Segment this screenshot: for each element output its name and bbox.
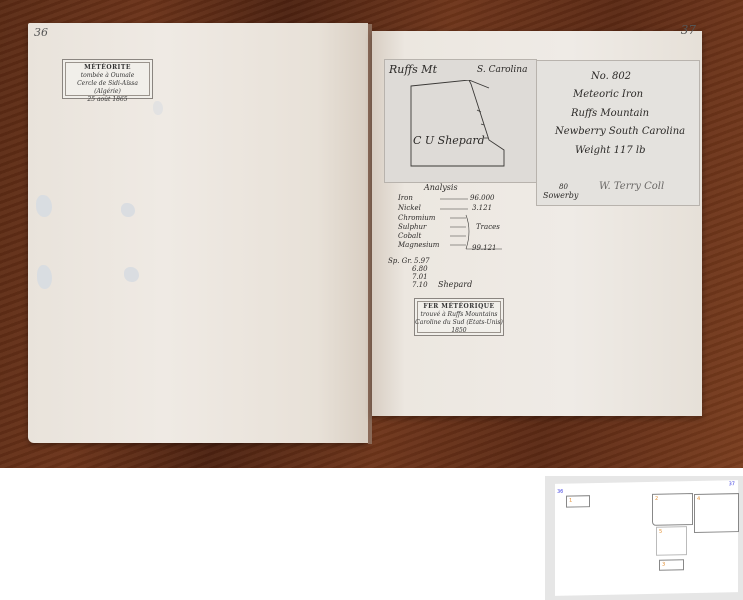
specific-gravity-value: 5.97 (414, 257, 430, 265)
specific-gravity-value: 7.10 (412, 281, 428, 289)
left-page: 36 MÉTÉORITE tombée à Oumale Cercle de S… (28, 23, 368, 443)
analysis-element: Chromium (398, 214, 435, 222)
thumbnail-left-page-number: 36 (557, 489, 563, 495)
analysis-total: 99.121 (472, 244, 497, 252)
region-label: 3 (662, 562, 665, 568)
label-title: MÉTÉORITE (63, 64, 152, 72)
label-title: FER MÉTÉORIQUE (415, 303, 503, 311)
paper-residue (36, 195, 52, 217)
catalog-type: Meteoric Iron (573, 89, 643, 100)
paper-residue (37, 265, 52, 289)
analysis-element: Sulphur (398, 223, 426, 231)
thumbnail-spread: 36 37 1 2 4 5 3 (555, 480, 738, 596)
label-line-3: 25 août 1865 (63, 96, 152, 104)
region-box-2: 2 (652, 493, 693, 526)
label-line-1: trouvé à Ruffs Mountains (415, 311, 503, 319)
label-line-2: Caroline du Sud (Etats-Unis) (415, 319, 503, 327)
sketch-state: S. Carolina (477, 65, 527, 75)
catalog-number: No. 802 (591, 71, 631, 82)
ruffs-mountain-iron-label: FER MÉTÉORIQUE trouvé à Ruffs Mountains … (414, 298, 504, 336)
analysis-element: Cobalt (398, 232, 421, 240)
sketch-locality: Ruffs Mt (389, 63, 437, 76)
specific-gravity-label: Sp. Gr. (388, 257, 412, 265)
catalog-weight: Weight 117 lb (575, 145, 645, 156)
region-label: 2 (655, 496, 658, 502)
paper-residue (124, 267, 139, 282)
region-box-3: 3 (659, 559, 684, 571)
meteorite-sketch-sheet: Ruffs Mt S. Carolina C U Shepard (384, 59, 537, 183)
paper-residue (121, 203, 135, 217)
region-box-4: 4 (694, 493, 739, 533)
catalog-footer-number: 80 (559, 183, 568, 191)
catalog-region: Newberry South Carolina (555, 126, 685, 137)
book-photograph: 36 MÉTÉORITE tombée à Oumale Cercle de S… (0, 0, 743, 468)
region-label: 4 (697, 496, 700, 502)
catalog-footer-source: Sowerby (543, 191, 578, 200)
right-page: 37 Ruffs Mt S. Carolina C U Shepard No. … (372, 31, 702, 416)
region-box-5: 5 (656, 526, 687, 556)
label-line-3: 1850 (415, 327, 503, 335)
analysis-element: Iron (398, 194, 413, 202)
analysis-traces: Traces (476, 223, 500, 231)
analysis-signature: Shepard (438, 280, 472, 289)
specific-gravity-value: 7.01 (412, 273, 428, 281)
specific-gravity-value: 6.80 (412, 265, 428, 273)
catalog-card-802: No. 802 Meteoric Iron Ruffs Mountain New… (536, 60, 700, 206)
thumbnail-right-page-number: 37 (729, 481, 735, 487)
analysis-bracket-lines (432, 191, 507, 251)
layout-thumbnail: 36 37 1 2 4 5 3 (545, 476, 743, 600)
right-page-number: 37 (681, 23, 696, 37)
region-box-1: 1 (566, 495, 590, 508)
catalog-locality: Ruffs Mountain (571, 108, 649, 119)
catalog-collection-signature: W. Terry Coll (599, 181, 664, 192)
meteorite-outline-drawing (409, 80, 524, 168)
analysis-element: Nickel (398, 204, 421, 212)
label-line-1: tombée à Oumale (63, 72, 152, 80)
left-page-number: 36 (34, 26, 48, 39)
region-label: 5 (659, 529, 662, 535)
oumale-meteorite-label: MÉTÉORITE tombée à Oumale Cercle de Sidi… (62, 59, 153, 99)
sketch-signature: C U Shepard (413, 134, 485, 147)
region-label: 1 (569, 498, 572, 504)
label-line-2: Cercle de Sidi-Aïssa (Algérie) (63, 80, 152, 96)
paper-residue (153, 101, 163, 115)
